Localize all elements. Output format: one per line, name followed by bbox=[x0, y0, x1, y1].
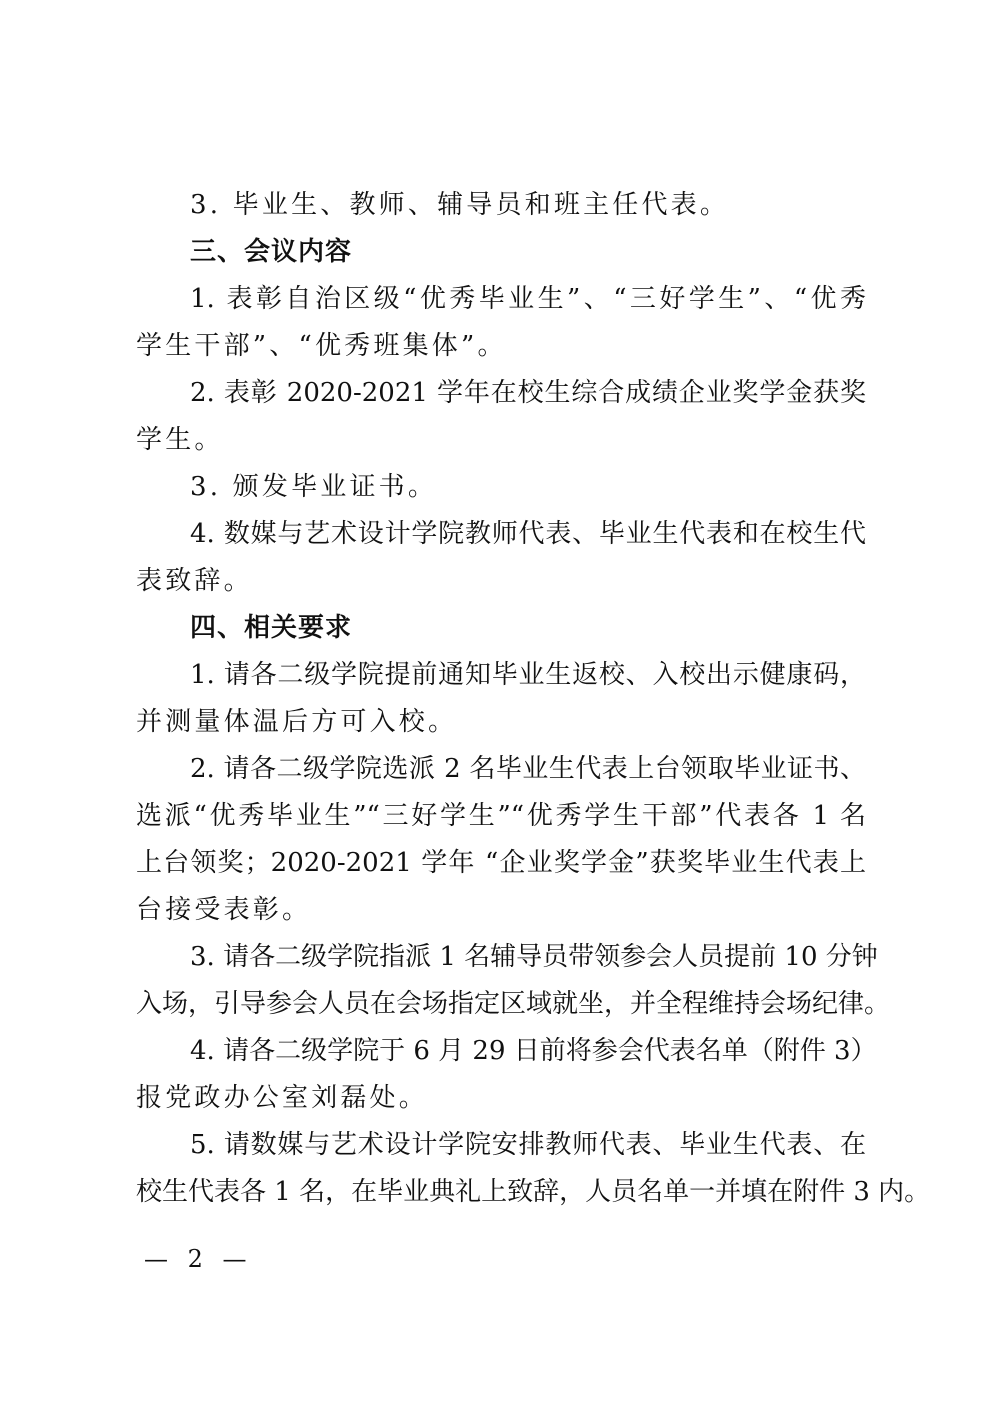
body-line: 4. 请各二级学院于 6 月 29 日前将参会代表名单（附件 3） bbox=[190, 1036, 866, 1066]
body-line: 学生干部”、“优秀班集体”。 bbox=[136, 331, 866, 361]
section-heading-meeting-content: 三、会议内容 bbox=[190, 237, 866, 267]
body-line: 4. 数媒与艺术设计学院教师代表、毕业生代表和在校生代 bbox=[190, 519, 866, 549]
section-heading-requirements: 四、相关要求 bbox=[190, 613, 866, 643]
body-line: 选派“优秀毕业生”“三好学生”“优秀学生干部”代表各 1 名 bbox=[136, 801, 866, 831]
body-line: 台接受表彰。 bbox=[136, 895, 866, 925]
page-number: — 2 — bbox=[144, 1245, 253, 1273]
body-line: 学生。 bbox=[136, 425, 866, 455]
body-line: 表致辞。 bbox=[136, 566, 866, 596]
body-line: 并测量体温后方可入校。 bbox=[136, 707, 866, 737]
body-line: 入场，引导参会人员在会场指定区域就坐，并全程维持会场纪律。 bbox=[136, 989, 866, 1019]
body-line: 5. 请数媒与艺术设计学院安排教师代表、毕业生代表、在 bbox=[190, 1130, 866, 1160]
body-line: 校生代表各 1 名，在毕业典礼上致辞，人员名单一并填在附件 3 内。 bbox=[136, 1177, 866, 1207]
body-line: 3. 毕业生、教师、辅导员和班主任代表。 bbox=[190, 190, 866, 220]
body-line: 2. 表彰 2020-2021 学年在校生综合成绩企业奖学金获奖 bbox=[190, 378, 866, 408]
body-line: 3. 请各二级学院指派 1 名辅导员带领参会人员提前 10 分钟 bbox=[190, 942, 866, 972]
body-line: 报党政办公室刘磊处。 bbox=[136, 1083, 866, 1113]
body-line: 1. 请各二级学院提前通知毕业生返校、入校出示健康码， bbox=[190, 660, 866, 690]
body-line: 上台领奖；2020-2021 学年 “企业奖学金”获奖毕业生代表上 bbox=[136, 848, 866, 878]
body-line: 1. 表彰自治区级“优秀毕业生”、“三好学生”、“优秀 bbox=[190, 284, 866, 314]
body-line: 3. 颁发毕业证书。 bbox=[190, 472, 866, 502]
body-line: 2. 请各二级学院选派 2 名毕业生代表上台领取毕业证书、 bbox=[190, 754, 866, 784]
